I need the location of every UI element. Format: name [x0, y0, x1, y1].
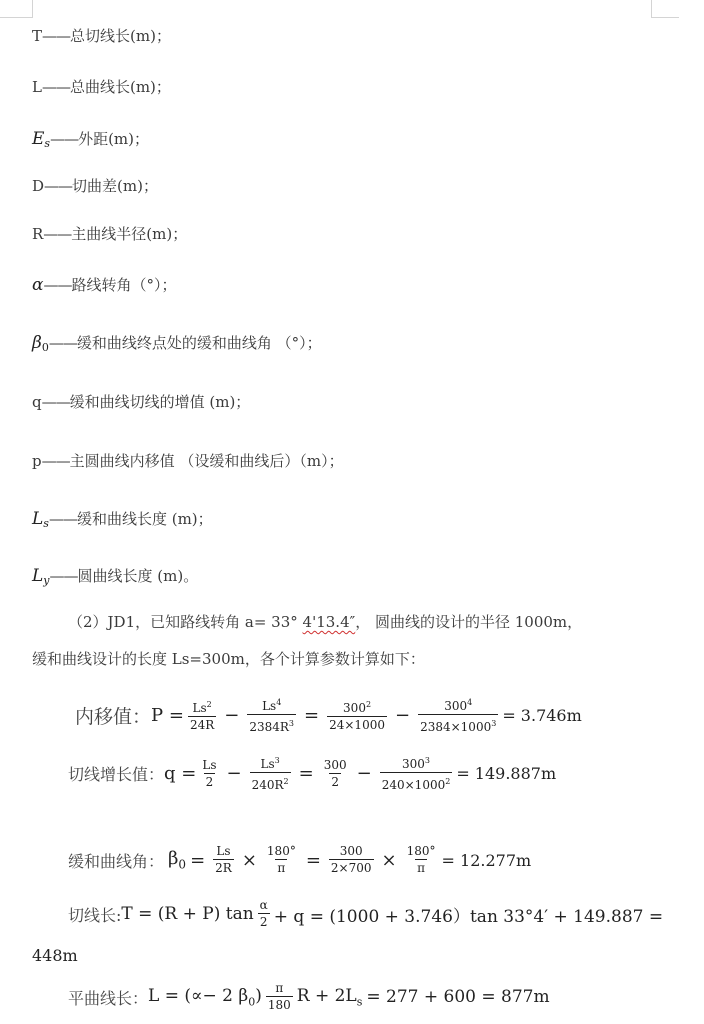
- definition-symbol: D: [32, 177, 44, 195]
- definition-symbol: β0: [32, 333, 49, 353]
- definition-symbol: R: [32, 225, 43, 243]
- fraction: π180: [266, 980, 293, 1014]
- definition-item: Ls——缓和曲线长度 (m)；: [32, 509, 213, 534]
- equation-spiral-angle: 缓和曲线角： β0 = Ls2R × 180°π = 3002×700 × 18…: [68, 843, 531, 877]
- intro-line-2: 缓和曲线设计的长度 Ls=300m，各个计算参数计算如下：: [32, 649, 425, 669]
- intro-line-1: （2）JD1，已知路线转角 a= 33° 4'13.4″， 圆曲线的设计的半径 …: [68, 612, 582, 632]
- fraction: Ls3240R2: [250, 753, 291, 794]
- definition-item: β0——缓和曲线终点处的缓和曲线角 （°）；: [32, 333, 322, 358]
- definition-symbol: q: [32, 393, 42, 411]
- definition-item: T——总切线长(m)；: [32, 26, 171, 46]
- fraction: 180°π: [265, 843, 298, 877]
- fraction: 30042384×10003: [418, 695, 498, 736]
- definition-symbol: T: [32, 27, 42, 45]
- equation-shift-value: 内移值： P = Ls224R − Ls42384R3 = 300224×100…: [75, 695, 582, 736]
- fraction: 3002: [322, 757, 349, 791]
- equation-tangent-length-result: 448m: [32, 946, 78, 965]
- fraction: 3003240×10002: [380, 753, 453, 794]
- definition-item: D——切曲差(m)；: [32, 176, 158, 196]
- page-corner-mark-left: [0, 0, 33, 18]
- fraction: Ls42384R3: [247, 695, 296, 736]
- fraction: 3002×700: [329, 843, 374, 877]
- definition-symbol: α: [32, 275, 43, 295]
- equation-tangent-length: 切线长: T = (R + P) tan α2 + q = (1000 + 3.…: [68, 897, 663, 931]
- definition-item: R——主曲线半径(m)；: [32, 224, 187, 244]
- fraction: 300224×1000: [327, 697, 387, 734]
- fraction: 180°π: [405, 843, 438, 877]
- spellcheck-underlined-text: 4'13.4″: [303, 613, 356, 631]
- definition-item: Ly——圆曲线长度 (m)。: [32, 566, 198, 591]
- definition-symbol: Ly: [32, 566, 50, 586]
- definition-symbol: Es: [32, 129, 50, 149]
- definition-item: L——总曲线长(m)；: [32, 77, 171, 97]
- definition-item: q——缓和曲线切线的增值 (m)；: [32, 392, 250, 412]
- definition-item: Es——外距(m)；: [32, 129, 149, 154]
- definition-item: α——路线转角（°）；: [32, 275, 177, 295]
- definition-item: p——主圆曲线内移值 （设缓和曲线后）（m）；: [32, 451, 344, 471]
- fraction: Ls224R: [188, 697, 216, 734]
- equation-tangent-increment: 切线增长值： q = Ls2 − Ls3240R2 = 3002 − 30032…: [68, 753, 556, 794]
- fraction: Ls2R: [213, 843, 234, 877]
- equation-curve-length: 平曲线长： L = (∝− 2 β0) π180 R + 2Ls = 277 +…: [68, 980, 550, 1014]
- definition-symbol: L: [32, 78, 42, 96]
- definition-symbol: Ls: [32, 509, 49, 529]
- fraction: Ls2: [200, 757, 218, 791]
- page-corner-mark-right: [651, 0, 679, 18]
- definition-symbol: p: [32, 452, 42, 470]
- fraction: α2: [258, 897, 270, 931]
